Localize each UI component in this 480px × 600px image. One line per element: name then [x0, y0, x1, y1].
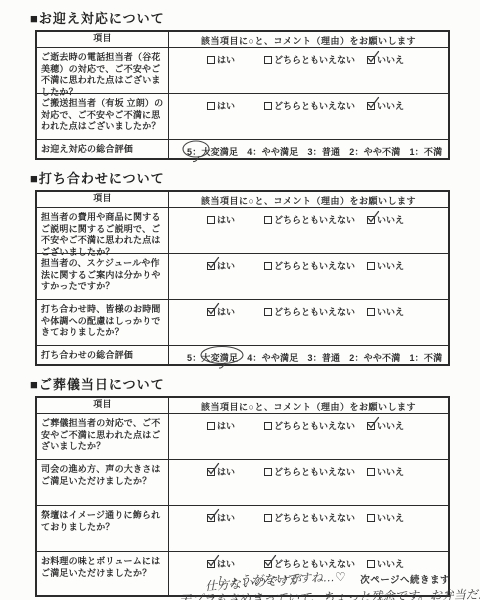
section-funeral-day: ■ご葬儀当日について項目該当項目に○と、コメント（理由）をお願いしますご葬儀担当… — [30, 374, 480, 597]
option-label: はい — [217, 419, 235, 432]
answer-cell: はいどちらともいえないいいえ — [169, 254, 448, 299]
option-label: どちらともいえない — [274, 99, 355, 112]
option-checkbox — [207, 422, 215, 430]
option-checkbox — [367, 308, 375, 316]
survey-table: 項目該当項目に○と、コメント（理由）をお願いしますご逝去時の電話担当者（谷花 美… — [35, 30, 450, 160]
checkmark-icon — [366, 211, 380, 224]
answer-option: いいえ — [367, 53, 404, 66]
answer-option: はい — [207, 305, 235, 318]
option-label: いいえ — [377, 259, 404, 272]
question-row: 司会の進め方、声の大きさはご満足いただけましたか？はいどちらともいえないいいえ — [37, 459, 448, 505]
option-checkbox — [367, 102, 375, 110]
option-label: いいえ — [377, 511, 404, 524]
checkmark-icon — [366, 51, 380, 64]
option-checkbox — [264, 560, 272, 568]
survey-table: 項目該当項目に○と、コメント（理由）をお願いします担当者の費用や商品に関するご説… — [35, 190, 450, 366]
question-text: ご搬送担当者（有坂 立朗）の対応で、ご不安やご不満に思われた点はございましたか？ — [37, 94, 169, 139]
checkmark-icon — [206, 463, 220, 476]
question-row: ご葬儀担当者の対応で、ご不安やご不満に思われた点はございましたか？はいどちらとも… — [37, 413, 448, 459]
option-checkbox — [207, 56, 215, 64]
option-checkbox — [264, 262, 272, 270]
section-meeting: ■打ち合わせについて項目該当項目に○と、コメント（理由）をお願いします担当者の費… — [30, 168, 480, 366]
answer-option: いいえ — [367, 419, 404, 432]
question-row: ご搬送担当者（有坂 立朗）の対応で、ご不安やご不満に思われた点はございましたか？… — [37, 93, 448, 139]
option-checkbox — [264, 56, 272, 64]
rating-scale-option: 3：普通 — [307, 353, 340, 363]
rating-scale-option: 3：普通 — [307, 147, 340, 157]
question-text: ご葬儀担当者の対応で、ご不安やご不満に思われた点はございましたか？ — [37, 414, 169, 459]
section-pickup: ■お迎え対応について項目該当項目に○と、コメント（理由）をお願いしますご逝去時の… — [30, 8, 480, 160]
table-header-answer: 該当項目に○と、コメント（理由）をお願いします — [169, 398, 448, 413]
section-title: ■ご葬儀当日について — [30, 374, 480, 393]
answer-option: いいえ — [367, 465, 404, 478]
answer-option: いいえ — [367, 213, 404, 226]
option-checkbox — [367, 422, 375, 430]
answer-option: いいえ — [367, 511, 404, 524]
option-label: いいえ — [377, 465, 404, 478]
option-checkbox — [367, 56, 375, 64]
table-header-item: 項目 — [37, 398, 169, 413]
option-checkbox — [367, 262, 375, 270]
checkmark-icon — [366, 417, 380, 430]
option-checkbox — [264, 468, 272, 476]
question-text: 祭壇はイメージ通りに飾られておりましたか？ — [37, 506, 169, 551]
checkmark-icon — [206, 257, 220, 270]
option-label: はい — [217, 99, 235, 112]
answer-option: どちらともいえない — [264, 305, 355, 318]
answer-cell: はいどちらともいえないいいえ — [169, 48, 448, 93]
answer-option: はい — [207, 419, 235, 432]
answer-option: いいえ — [367, 99, 404, 112]
page-footer: しょうがないですね…♡ 次ページへ続きます — [0, 570, 480, 587]
rating-scale-option: 4：やや満足 — [247, 147, 298, 157]
question-text: 担当者の費用や商品に関するご説明に関するご説明で、ご不安やご不満に思われた点はご… — [37, 208, 169, 253]
option-label: どちらともいえない — [274, 259, 355, 272]
answer-cell: はいどちらともいえないいいえ — [169, 94, 448, 139]
option-label: はい — [217, 53, 235, 66]
answer-cell: はいどちらともいえないいいえ — [169, 460, 448, 505]
survey-table: 項目該当項目に○と、コメント（理由）をお願いしますご葬儀担当者の対応で、ご不安や… — [35, 396, 450, 597]
question-row: 祭壇はイメージ通りに飾られておりましたか？はいどちらともいえないいいえ — [37, 505, 448, 551]
option-label: どちらともいえない — [274, 305, 355, 318]
checkmark-icon — [206, 555, 220, 568]
answer-cell: はいどちらともいえないいいえ — [169, 300, 448, 345]
checkmark-icon — [206, 509, 220, 522]
answer-option: どちらともいえない — [264, 465, 355, 478]
question-text: ご逝去時の電話担当者（谷花 美穂）の対応で、ご不安やご不満に思われた点はございま… — [37, 48, 169, 93]
option-checkbox — [264, 422, 272, 430]
answer-option: どちらともいえない — [264, 511, 355, 524]
answer-option: はい — [207, 53, 235, 66]
rating-cell: 5：大変満足4：やや満足3：普通2：やや不満1：不満 — [169, 140, 448, 158]
answer-option: どちらともいえない — [264, 213, 355, 226]
section-title: ■お迎え対応について — [30, 8, 480, 27]
rating-scale-option: 4：やや満足 — [247, 353, 298, 363]
rating-scale-option: 5：大変満足 — [187, 147, 238, 157]
option-checkbox — [367, 514, 375, 522]
question-text: 司会の進め方、声の大きさはご満足いただけましたか？ — [37, 460, 169, 505]
rating-cell: 5：大変満足4：やや満足3：普通2：やや不満1：不満 — [169, 346, 448, 364]
option-label: いいえ — [377, 305, 404, 318]
option-checkbox — [207, 468, 215, 476]
option-checkbox — [367, 216, 375, 224]
option-label: いいえ — [377, 419, 404, 432]
option-label: どちらともいえない — [274, 465, 355, 478]
rating-row: お迎え対応の総合評価5：大変満足4：やや満足3：普通2：やや不満1：不満 — [37, 139, 448, 158]
question-row: 担当者の費用や商品に関するご説明に関するご説明で、ご不安やご不満に思われた点はご… — [37, 207, 448, 253]
option-checkbox — [367, 468, 375, 476]
question-row: 担当者の、スケジュールや作法に関するご案内は分かりやすかったですか？はいどちらと… — [37, 253, 448, 299]
question-text: 担当者の、スケジュールや作法に関するご案内は分かりやすかったですか？ — [37, 254, 169, 299]
checkmark-icon — [206, 303, 220, 316]
answer-option: どちらともいえない — [264, 419, 355, 432]
option-checkbox — [207, 560, 215, 568]
answer-option: はい — [207, 557, 235, 570]
rating-scale-option: 2：やや不満 — [349, 353, 400, 363]
option-checkbox — [207, 308, 215, 316]
option-checkbox — [207, 102, 215, 110]
rating-scale-option: 2：やや不満 — [349, 147, 400, 157]
questionnaire-page: ■お迎え対応について項目該当項目に○と、コメント（理由）をお願いしますご逝去時の… — [0, 8, 480, 597]
question-text: 打ち合わせ時、皆様のお時間や体調への配慮はしっかりできておりましたか？ — [37, 300, 169, 345]
option-label: はい — [217, 213, 235, 226]
rating-scale-option: 1：不満 — [409, 353, 442, 363]
footer-handwritten-note: しょうがないですね…♡ — [215, 568, 346, 590]
option-label: どちらともいえない — [274, 419, 355, 432]
option-checkbox — [264, 216, 272, 224]
option-checkbox — [207, 514, 215, 522]
answer-option: いいえ — [367, 557, 404, 570]
checkmark-icon — [366, 97, 380, 110]
checkmark-icon — [263, 555, 277, 568]
table-header-answer: 該当項目に○と、コメント（理由）をお願いします — [169, 192, 448, 207]
table-header-row: 項目該当項目に○と、コメント（理由）をお願いします — [37, 192, 448, 207]
table-header-item: 項目 — [37, 32, 169, 47]
answer-cell: はいどちらともいえないいいえ — [169, 506, 448, 551]
option-label: いいえ — [377, 213, 404, 226]
rating-scale-option: 1：不満 — [409, 147, 442, 157]
option-label: いいえ — [377, 53, 404, 66]
question-row: ご逝去時の電話担当者（谷花 美穂）の対応で、ご不安やご不満に思われた点はございま… — [37, 47, 448, 93]
answer-option: はい — [207, 213, 235, 226]
table-header-row: 項目該当項目に○と、コメント（理由）をお願いします — [37, 32, 448, 47]
rating-scale: 5：大変満足4：やや満足3：普通2：やや不満1：不満 — [187, 351, 451, 364]
answer-option: どちらともいえない — [264, 53, 355, 66]
option-checkbox — [264, 514, 272, 522]
rating-label: 打ち合わせの総合評価 — [37, 346, 169, 364]
answer-option: はい — [207, 465, 235, 478]
option-checkbox — [207, 216, 215, 224]
answer-option: はい — [207, 259, 235, 272]
answer-option: どちらともいえない — [264, 259, 355, 272]
rating-row: 打ち合わせの総合評価5：大変満足4：やや満足3：普通2：やや不満1：不満 — [37, 345, 448, 364]
table-header-item: 項目 — [37, 192, 169, 207]
table-header-row: 項目該当項目に○と、コメント（理由）をお願いします — [37, 398, 448, 413]
answer-option: はい — [207, 511, 235, 524]
question-row: 打ち合わせ時、皆様のお時間や体調への配慮はしっかりできておりましたか？はいどちら… — [37, 299, 448, 345]
footer-continue-text: 次ページへ続きます — [360, 572, 450, 586]
option-checkbox — [207, 262, 215, 270]
option-label: どちらともいえない — [274, 511, 355, 524]
rating-scale: 5：大変満足4：やや満足3：普通2：やや不満1：不満 — [187, 145, 451, 158]
answer-option: いいえ — [367, 305, 404, 318]
table-header-answer: 該当項目に○と、コメント（理由）をお願いします — [169, 32, 448, 47]
answer-option: どちらともいえない — [264, 99, 355, 112]
option-checkbox — [264, 102, 272, 110]
rating-scale-option: 5：大変満足 — [187, 353, 238, 363]
answer-option: はい — [207, 99, 235, 112]
option-label: どちらともいえない — [274, 53, 355, 66]
option-label: どちらともいえない — [274, 213, 355, 226]
option-label: いいえ — [377, 99, 404, 112]
section-title: ■打ち合わせについて — [30, 168, 480, 187]
answer-option: いいえ — [367, 259, 404, 272]
option-checkbox — [264, 308, 272, 316]
option-label: いいえ — [377, 557, 404, 570]
answer-cell: はいどちらともいえないいいえ — [169, 414, 448, 459]
rating-label: お迎え対応の総合評価 — [37, 140, 169, 158]
option-checkbox — [367, 560, 375, 568]
answer-cell: はいどちらともいえないいいえ — [169, 208, 448, 253]
